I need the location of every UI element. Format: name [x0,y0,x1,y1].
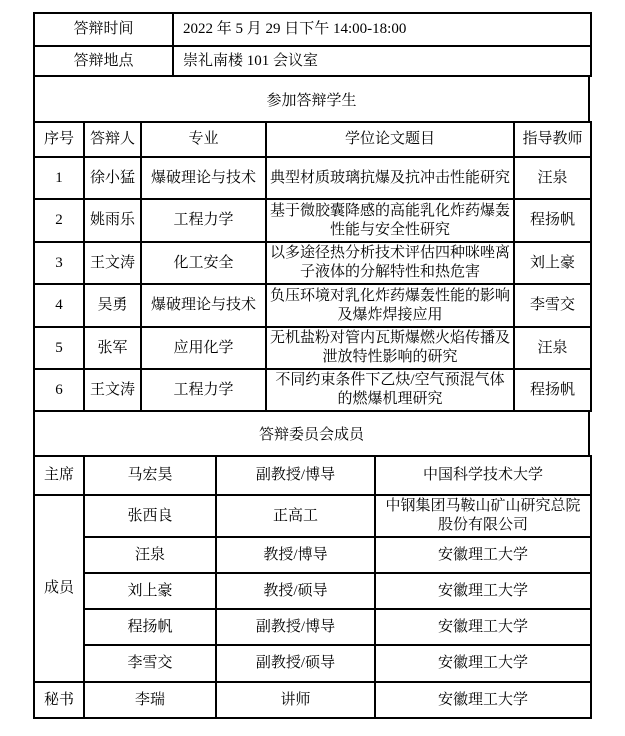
student-row: 1 徐小猛 爆破理论与技术 典型材质玻璃抗爆及抗冲击性能研究 汪泉 [34,157,591,199]
committee-member-row: 李雪交 副教授/硕导 安徽理工大学 [34,645,591,682]
committee-chair-row: 主席 马宏昊 副教授/博导 中国科学技术大学 [34,456,591,495]
students-section-title: 参加答辩学生 [33,75,590,123]
committee-member-row: 成员 张西良 正高工 中钢集团马鞍山矿山研究总院股份有限公司 [34,495,591,537]
info-table: 答辩时间 2022 年 5 月 29 日下午 14:00-18:00 答辩地点 … [33,12,592,77]
student-thesis: 以多途径热分析技术评估四种咪唑离子液体的分解特性和热危害 [266,242,514,284]
student-no: 4 [34,284,84,327]
student-name: 张军 [84,327,141,369]
student-thesis: 负压环境对乳化炸药爆轰性能的影响及爆炸焊接应用 [266,284,514,327]
student-major: 工程力学 [141,199,266,242]
student-thesis: 典型材质玻璃抗爆及抗冲击性能研究 [266,157,514,199]
student-name: 姚雨乐 [84,199,141,242]
member-title: 副教授/硕导 [216,645,375,682]
student-major: 爆破理论与技术 [141,157,266,199]
chair-name: 马宏昊 [84,456,216,495]
committee-table: 主席 马宏昊 副教授/博导 中国科学技术大学 成员 张西良 正高工 中钢集团马鞍… [33,455,592,719]
student-name: 徐小猛 [84,157,141,199]
header-no: 序号 [34,122,84,157]
member-org: 安徽理工大学 [375,609,591,645]
committee-member-row: 程扬帆 副教授/博导 安徽理工大学 [34,609,591,645]
student-row: 5 张军 应用化学 无机盐粉对管内瓦斯爆燃火焰传播及泄放特性影响的研究 汪泉 [34,327,591,369]
committee-member-row: 汪泉 教授/博导 安徽理工大学 [34,537,591,573]
member-org: 安徽理工大学 [375,645,591,682]
student-advisor: 程扬帆 [514,369,591,411]
member-title: 正高工 [216,495,375,537]
defense-location-value: 崇礼南楼 101 会议室 [173,46,591,76]
student-major: 应用化学 [141,327,266,369]
member-org: 中钢集团马鞍山矿山研究总院股份有限公司 [375,495,591,537]
chair-title: 副教授/博导 [216,456,375,495]
student-name: 王文涛 [84,369,141,411]
member-name: 汪泉 [84,537,216,573]
member-org: 安徽理工大学 [375,573,591,609]
secretary-org: 安徽理工大学 [375,682,591,718]
header-thesis-title: 学位论文题目 [266,122,514,157]
chair-role-label: 主席 [34,456,84,495]
student-row: 4 吴勇 爆破理论与技术 负压环境对乳化炸药爆轰性能的影响及爆炸焊接应用 李雪交 [34,284,591,327]
student-no: 2 [34,199,84,242]
committee-member-row: 刘上豪 教授/硕导 安徽理工大学 [34,573,591,609]
student-advisor: 汪泉 [514,157,591,199]
info-row-time: 答辩时间 2022 年 5 月 29 日下午 14:00-18:00 [34,13,591,46]
member-title: 教授/硕导 [216,573,375,609]
member-name: 李雪交 [84,645,216,682]
student-no: 5 [34,327,84,369]
header-advisor: 指导教师 [514,122,591,157]
header-defender: 答辩人 [84,122,141,157]
student-advisor: 程扬帆 [514,199,591,242]
secretary-name: 李瑞 [84,682,216,718]
student-major: 化工安全 [141,242,266,284]
member-title: 教授/博导 [216,537,375,573]
student-thesis: 无机盐粉对管内瓦斯爆燃火焰传播及泄放特性影响的研究 [266,327,514,369]
header-major: 专业 [141,122,266,157]
student-no: 6 [34,369,84,411]
info-row-location: 答辩地点 崇礼南楼 101 会议室 [34,46,591,76]
defense-location-label: 答辩地点 [34,46,173,76]
student-name: 王文涛 [84,242,141,284]
defense-time-value: 2022 年 5 月 29 日下午 14:00-18:00 [173,13,591,46]
defense-schedule-document: 答辩时间 2022 年 5 月 29 日下午 14:00-18:00 答辩地点 … [33,12,590,719]
student-name: 吴勇 [84,284,141,327]
member-name: 程扬帆 [84,609,216,645]
chair-org: 中国科学技术大学 [375,456,591,495]
student-row: 6 王文涛 工程力学 不同约束条件下乙炔/空气预混气体的燃爆机理研究 程扬帆 [34,369,591,411]
student-advisor: 李雪交 [514,284,591,327]
students-table: 序号 答辩人 专业 学位论文题目 指导教师 1 徐小猛 爆破理论与技术 典型材质… [33,121,592,412]
member-name: 张西良 [84,495,216,537]
defense-time-label: 答辩时间 [34,13,173,46]
member-title: 副教授/博导 [216,609,375,645]
students-header-row: 序号 答辩人 专业 学位论文题目 指导教师 [34,122,591,157]
student-no: 3 [34,242,84,284]
student-row: 3 王文涛 化工安全 以多途径热分析技术评估四种咪唑离子液体的分解特性和热危害 … [34,242,591,284]
member-org: 安徽理工大学 [375,537,591,573]
student-advisor: 刘上豪 [514,242,591,284]
student-major: 爆破理论与技术 [141,284,266,327]
committee-secretary-row: 秘书 李瑞 讲师 安徽理工大学 [34,682,591,718]
student-major: 工程力学 [141,369,266,411]
student-row: 2 姚雨乐 工程力学 基于微胶囊降感的高能乳化炸药爆轰性能与安全性研究 程扬帆 [34,199,591,242]
student-thesis: 基于微胶囊降感的高能乳化炸药爆轰性能与安全性研究 [266,199,514,242]
secretary-role-label: 秘书 [34,682,84,718]
committee-section-title: 答辩委员会成员 [33,410,590,457]
student-thesis: 不同约束条件下乙炔/空气预混气体的燃爆机理研究 [266,369,514,411]
student-advisor: 汪泉 [514,327,591,369]
student-no: 1 [34,157,84,199]
secretary-title: 讲师 [216,682,375,718]
members-role-label: 成员 [34,495,84,682]
member-name: 刘上豪 [84,573,216,609]
